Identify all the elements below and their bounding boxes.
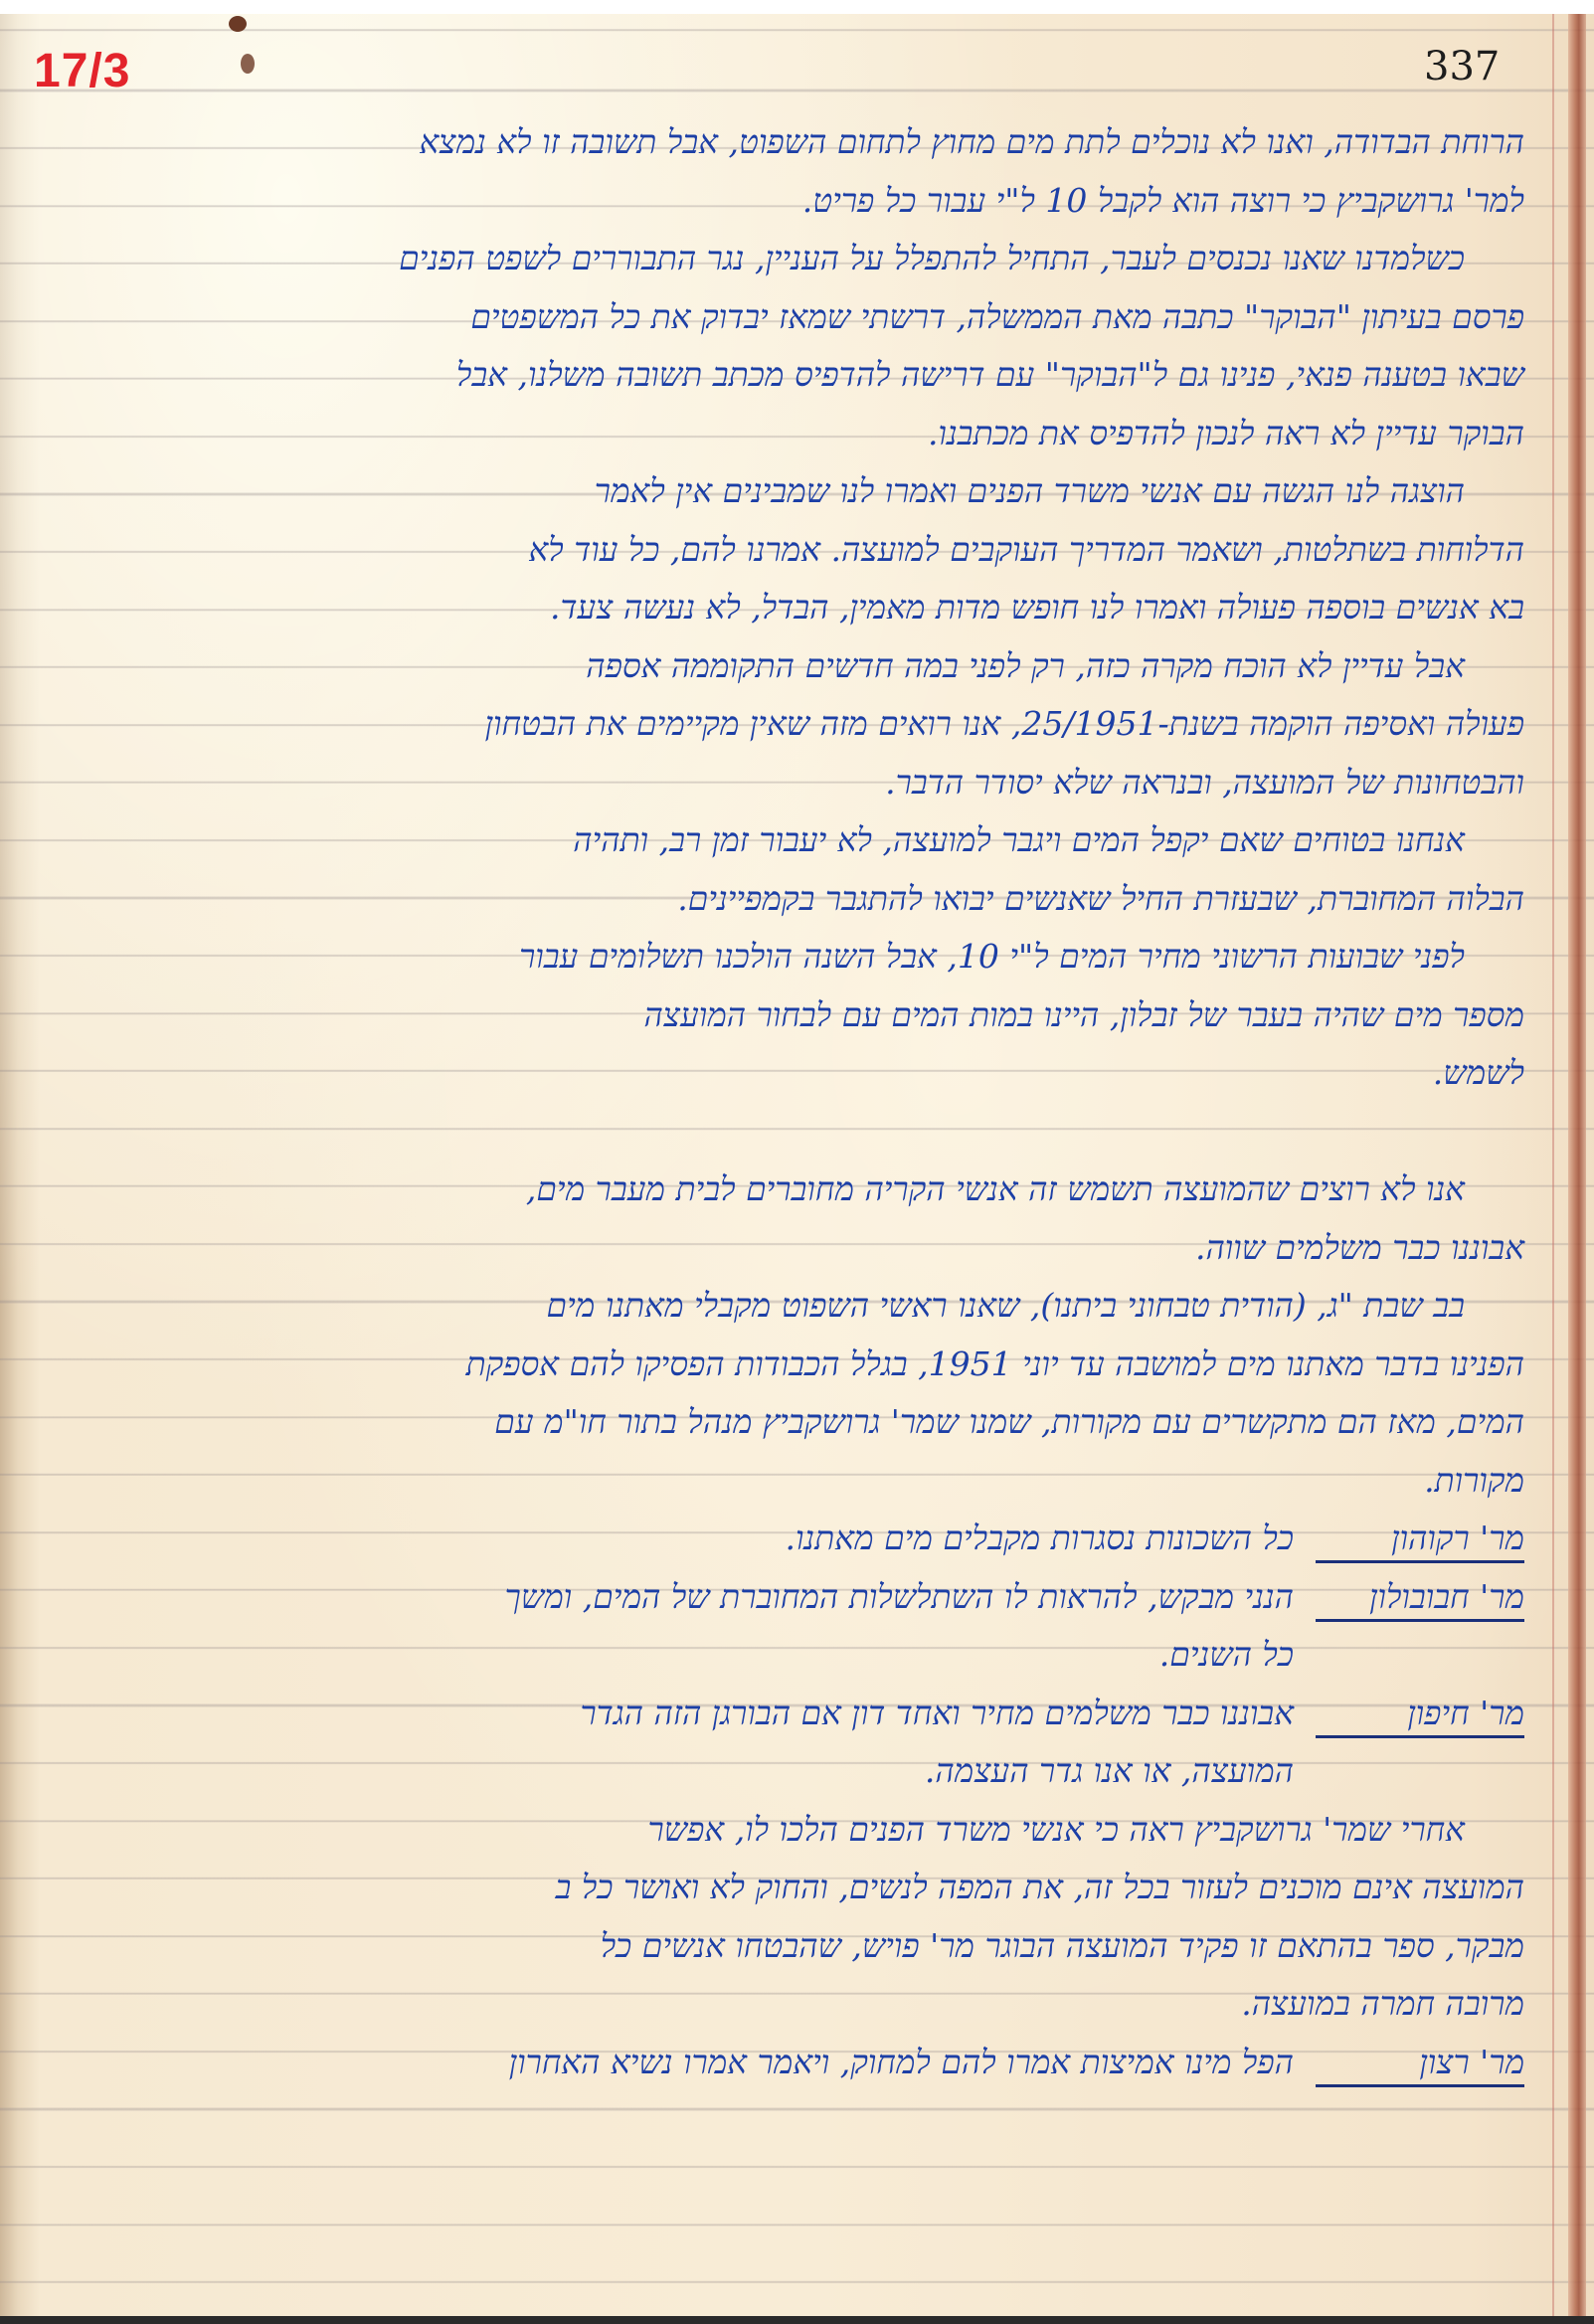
text-line: המים, מאז הם מתקשרים עם מקורות, שמנו שמר… [40,1393,1524,1452]
speaker-statement: המועצה, או אנו גדר העצמה. [925,1751,1294,1790]
text-line: מרובה חמרה במועצה. [40,1975,1524,2034]
notebook-binding-edge [1568,14,1586,2324]
speaker-name: מר' רצון [1316,2041,1524,2087]
speaker-statement: הנני מבקש, להראות לו השתלשלות המחוברת של… [505,1577,1294,1616]
speaker-statement: הפל מינו אמיצות אמרו להם למחוק, ויאמר אמ… [509,2043,1294,2081]
text-line: פעולה ואסיפה הוקמה בשנת-25/1951, אנו רוא… [40,695,1524,754]
text-line: בא אנשים בוספה פעולה ואמרו לנו חופש מדות… [40,579,1524,637]
text-line: למר' גרושקביץ כי רוצה הוא לקבל 10 ל"י עב… [40,172,1524,231]
text-line: מקורות. [40,1452,1524,1511]
text-line: הבלוה המחוברת, שבעזרת החיל שאנשים יבואו … [40,870,1524,929]
text-line: המועצה אינם מוכנים לעזור בכל זה, את המפה… [40,1859,1524,1917]
speaker-line: כל השנים. [40,1626,1524,1685]
ink-stain [241,54,255,74]
text-line: לשמש. [40,1044,1524,1103]
text-line: מבקר, ספר בהתאם זו פקיד המועצה הבוגר מר'… [40,1917,1524,1976]
scan-edge [0,2316,1594,2324]
text-line: לפני שבועות הרשוני מחיר המים ל"י 10, אבל… [40,928,1524,986]
speaker-statement: כל השנים. [1159,1635,1294,1674]
text-line: הפנינו בדבר מאתנו מים למושבה עד יוני 195… [40,1336,1524,1394]
speaker-line: מר' חיפוןאבוננו כבר משלמים מחיר ואחד דון… [40,1685,1524,1743]
text-line: הבוקר עדיין לא ראה לנכון להדפיס את מכתבנ… [40,405,1524,463]
notebook-page: 17/3 337 הרוחת הבדודה, ואנו לא נוכלים לת… [0,14,1594,2324]
text-line: אחרי שמר' גרושקביץ ראה כי אנשי משרד הפני… [40,1801,1524,1860]
speaker-name: מר' רקוהון [1316,1517,1524,1563]
text-line: הדלוחות בשתלטות, ושאמר המדריך העוקבים למ… [40,521,1524,580]
text-line: הוצגה לנו הגשה עם אנשי משרד הפנים ואמרו … [40,462,1524,521]
speaker-name: מר' חיפון [1316,1692,1524,1738]
text-line: והבטחונות של המועצה, ובנראה שלא יסודר הד… [40,754,1524,812]
ink-stain [229,16,247,32]
text-line: בב שבת "ג, (הודית טבחוני ביתנו), שאנו רא… [40,1277,1524,1336]
speaker-name: מר' חבובולון [1316,1575,1524,1622]
text-line: אנו לא רוצים שהמועצה תשמש זה אנשי הקריה … [40,1161,1524,1219]
archive-reference-label: 17/3 [34,44,130,98]
speaker-line: המועצה, או אנו גדר העצמה. [40,1742,1524,1801]
speaker-line: מר' חבובולוןהנני מבקש, להראות לו השתלשלו… [40,1568,1524,1627]
speaker-line: מר' רצוןהפל מינו אמיצות אמרו להם למחוק, … [40,2034,1524,2092]
text-line: הרוחת הבדודה, ואנו לא נוכלים לתת מים מחו… [40,113,1524,172]
text-line: שבאו בטענה פנאי, פנינו גם ל"הבוקר" עם דר… [40,346,1524,405]
text-line: אבל עדיין לא הוכח מקרה כזה, רק לפני במה … [40,637,1524,696]
margin-rule [1552,14,1554,2324]
text-line: אנחנו בטוחים שאם יקפל המים ויגבר למועצה,… [40,811,1524,870]
text-line: אבוננו כבר משלמים שווה. [40,1219,1524,1278]
speaker-line: מר' רקוהוןכל השכונות נסגרות מקבלים מים מ… [40,1510,1524,1568]
handwritten-text-body: הרוחת הבדודה, ואנו לא נוכלים לתת מים מחו… [40,113,1524,2091]
page-number: 337 [1424,44,1500,89]
text-line: מספר מים שהיה בעבר של זבלון, היינו במות … [40,986,1524,1045]
speaker-statement: אבוננו כבר משלמים מחיר ואחד דון אם הבורג… [581,1694,1294,1732]
speaker-statement: כל השכונות נסגרות מקבלים מים מאתנו. [785,1519,1294,1557]
blank-line [40,1103,1524,1162]
text-line: כשלמדנו שאנו נכנסים לעבר, התחיל להתפלל ע… [40,230,1524,288]
text-line: פרסם בעיתון "הבוקר" כתבה מאת הממשלה, דרש… [40,288,1524,347]
